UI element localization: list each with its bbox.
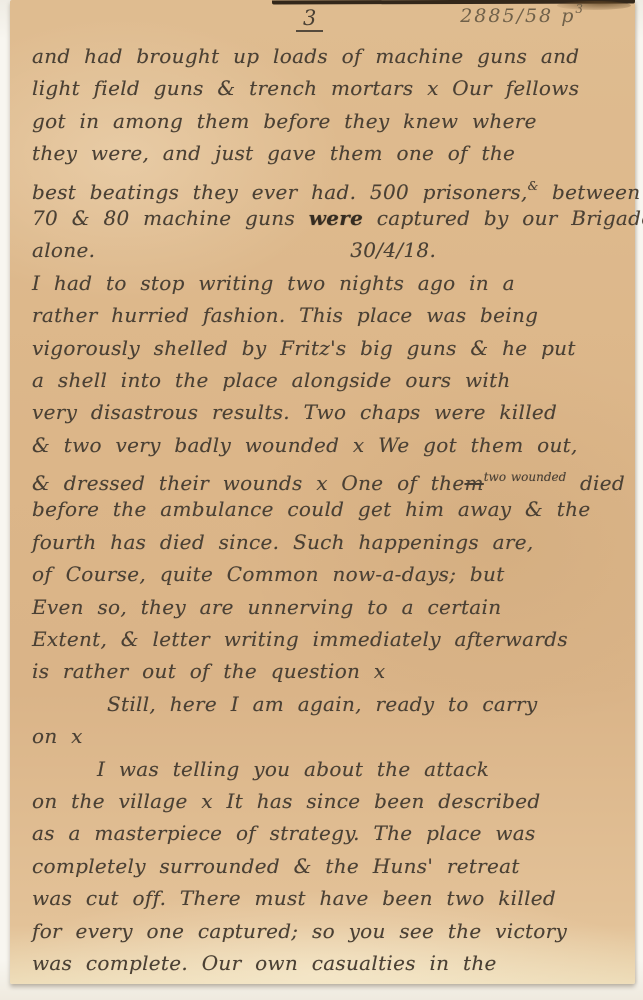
text-segment: 30/4/18.: [350, 238, 436, 262]
text-segment: captured by our Brigade: [363, 206, 643, 230]
text-segment: Still, here I am again, ready to carry: [107, 692, 537, 716]
letter-header: 3 2885/58 p3: [10, 0, 635, 36]
archive-reference: 2885/58 p3: [460, 2, 583, 27]
text-segment: rather hurried fashion. This place was b…: [32, 303, 538, 327]
text-segment: light field guns & trench mortars x Our …: [32, 76, 579, 100]
letter-line: as a masterpiece of strategy. The place …: [32, 817, 629, 849]
text-segment: I had to stop writing two nights ago in …: [32, 271, 515, 295]
text-segment: best beatings they ever had. 500 prisone…: [32, 180, 528, 204]
text-segment: got in among them before they knew where: [32, 109, 537, 133]
text-segment: and had brought up loads of machine guns…: [32, 44, 579, 68]
letter-line: of Course, quite Common now-a-days; but: [32, 558, 629, 590]
text-segment: they were, and just gave them one of the: [32, 141, 515, 165]
text-segment: I was telling you about the attack: [97, 757, 489, 781]
text-segment: were: [309, 206, 363, 230]
text-segment: very disastrous results. Two chaps were …: [32, 400, 557, 424]
letter-line: light field guns & trench mortars x Our …: [32, 72, 629, 104]
letter-line: on the village x It has since been descr…: [32, 785, 629, 817]
letter-line: I was telling you about the attack: [32, 753, 629, 785]
text-segment: completely surrounded & the Huns' retrea…: [32, 854, 520, 878]
text-segment: 3: [575, 2, 583, 16]
text-segment: two wounded: [484, 470, 567, 484]
text-segment: fourth has died since. Such happenings a…: [32, 530, 534, 554]
letter-line: completely surrounded & the Huns' retrea…: [32, 850, 629, 882]
letter-line: is rather out of the question x: [32, 655, 629, 687]
letter-line: they were, and just gave them one of the: [32, 137, 629, 169]
letter-line: & dressed their wounds x One of themtwo …: [32, 461, 629, 493]
text-segment: &: [528, 179, 539, 193]
text-segment: before the ambulance could get him away …: [32, 497, 590, 521]
text-segment: a shell into the place alongside ours wi…: [32, 368, 511, 392]
text-segment: Even so, they are unnerving to a certain: [32, 595, 501, 619]
page-number: 3: [296, 6, 323, 32]
letter-lines: and had brought up loads of machine guns…: [10, 36, 635, 979]
text-segment: was complete. Our own casualties in the: [32, 951, 497, 975]
letter-line: Even so, they are unnerving to a certain: [32, 591, 629, 623]
letter-line: before the ambulance could get him away …: [32, 493, 629, 525]
text-segment: for every one captured; so you see the v…: [32, 919, 567, 943]
letter-line: for every one captured; so you see the v…: [32, 915, 629, 947]
text-segment: vigorously shelled by Fritz's big guns &…: [32, 336, 576, 360]
text-segment: & two very badly wounded x We got them o…: [32, 433, 578, 457]
letter-line: & two very badly wounded x We got them o…: [32, 429, 629, 461]
letter-line: was complete. Our own casualties in the: [32, 947, 629, 979]
text-segment: on x: [32, 724, 83, 748]
letter-line: vigorously shelled by Fritz's big guns &…: [32, 332, 629, 364]
scan-mat: 3 2885/58 p3 and had brought up loads of…: [0, 0, 643, 1000]
letter-line: on x: [32, 720, 629, 752]
text-segment: Extent, & letter writing immediately aft…: [32, 627, 568, 651]
letter-line: and had brought up loads of machine guns…: [32, 40, 629, 72]
text-segment: of Course, quite Common now-a-days; but: [32, 562, 505, 586]
letter-line: alone.30/4/18.: [32, 234, 629, 266]
letter-line: Extent, & letter writing immediately aft…: [32, 623, 629, 655]
letter-page: 3 2885/58 p3 and had brought up loads of…: [10, 0, 635, 984]
text-segment: died: [566, 471, 625, 495]
text-segment: on the village x It has since been descr…: [32, 789, 541, 813]
letter-line: got in among them before they knew where: [32, 105, 629, 137]
text-segment: between: [538, 180, 640, 204]
letter-line: 70 & 80 machine guns were captured by ou…: [32, 202, 629, 234]
letter-line: rather hurried fashion. This place was b…: [32, 299, 629, 331]
letter-line: fourth has died since. Such happenings a…: [32, 526, 629, 558]
text-segment: as a masterpiece of strategy. The place …: [32, 821, 536, 845]
letter-line: I had to stop writing two nights ago in …: [32, 267, 629, 299]
text-segment: alone.: [32, 238, 95, 262]
letter-line: a shell into the place alongside ours wi…: [32, 364, 629, 396]
text-segment: 2885/58 p: [460, 5, 575, 27]
text-segment: is rather out of the question x: [32, 659, 385, 683]
text-segment: & dressed their wounds x One of the: [32, 471, 464, 495]
letter-line: was cut off. There must have been two ki…: [32, 882, 629, 914]
text-segment: 70 & 80 machine guns: [32, 206, 309, 230]
text-segment: m: [464, 471, 483, 495]
letter-line: Still, here I am again, ready to carry: [32, 688, 629, 720]
letter-line: best beatings they ever had. 500 prisone…: [32, 170, 629, 202]
letter-line: very disastrous results. Two chaps were …: [32, 396, 629, 428]
text-segment: was cut off. There must have been two ki…: [32, 886, 556, 910]
